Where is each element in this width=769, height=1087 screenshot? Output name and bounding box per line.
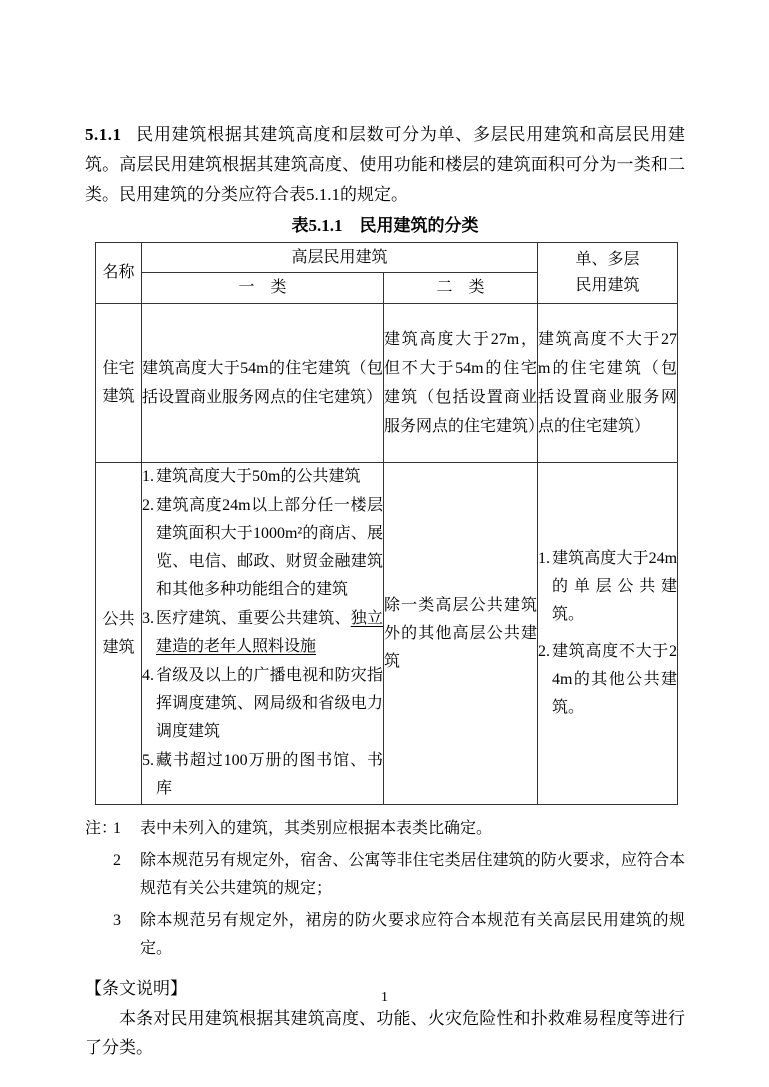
- note-text: 除本规范另有规定外，宿舍、公寓等非住宅类居住建筑的防火要求，应符合本规范有关公共…: [140, 847, 685, 903]
- document-page: 5.1.1民用建筑根据其建筑高度和层数可分为单、多层民用建筑和高层民用建筑。高层…: [0, 0, 769, 1087]
- intro-text: 民用建筑根据其建筑高度和层数可分为单、多层民用建筑和高层民用建筑。高层民用建筑根…: [85, 125, 685, 204]
- intro-paragraph: 5.1.1民用建筑根据其建筑高度和层数可分为单、多层民用建筑和高层民用建筑。高层…: [85, 120, 685, 210]
- item-number: 1.: [142, 463, 156, 491]
- residential-class2-cell: 建筑高度大于27m，但不大于54m的住宅建筑（包括设置商业服务网点的住宅建筑）: [384, 304, 538, 463]
- list-item: 1.建筑高度大于50m的公共建筑: [142, 463, 383, 491]
- header-highrise: 高层民用建筑: [142, 243, 538, 273]
- residential-single-multi-cell: 建筑高度不大于27m的住宅建筑（包括设置商业服务网点的住宅建筑）: [538, 304, 678, 463]
- note-item: 1表中未列入的建筑，其类别应根据本表类比确定。: [113, 815, 685, 843]
- item-text: 建筑高度不大于24m的其他公共建筑。: [552, 638, 677, 722]
- note-number: 1: [113, 815, 140, 843]
- item-text: 藏书超过100万册的图书馆、书库: [156, 747, 383, 803]
- header-single-multi-line2: 民用建筑: [538, 273, 677, 299]
- note-text: 表中未列入的建筑，其类别应根据本表类比确定。: [140, 815, 685, 843]
- item-text-normal: 医疗建筑、重要公共建筑、: [156, 610, 351, 627]
- public-single-multi-cell: 1.建筑高度大于24m的单层公共建筑。 2.建筑高度不大于24m的其他公共建筑。: [538, 463, 678, 805]
- notes-items: 1表中未列入的建筑，其类别应根据本表类比确定。 2除本规范另有规定外，宿舍、公寓…: [113, 815, 685, 967]
- classification-table: 名称 高层民用建筑 单、多层 民用建筑 一 类 二 类 住宅建筑 建筑高度大于5…: [95, 242, 678, 805]
- item-number: 5.: [142, 747, 156, 803]
- page-number: 1: [0, 988, 769, 1008]
- notes-label: 注：: [85, 815, 113, 967]
- table-title: 表5.1.1 民用建筑的分类: [85, 212, 685, 240]
- list-item: 4.省级及以上的广播电视和防灾指挥调度建筑、网局级和省级电力调度建筑: [142, 662, 383, 746]
- item-text: 建筑高度24m以上部分任一楼层建筑面积大于1000m²的商店、展览、电信、邮政、…: [156, 492, 383, 604]
- row-name-residential: 住宅建筑: [96, 304, 142, 463]
- residential-class1-cell: 建筑高度大于54m的住宅建筑（包括设置商业服务网点的住宅建筑）: [142, 304, 384, 463]
- list-item: 1.建筑高度大于24m的单层公共建筑。: [538, 545, 677, 629]
- item-text: 医疗建筑、重要公共建筑、独立建造的老年人照料设施: [156, 605, 383, 661]
- item-number: 2.: [142, 492, 156, 604]
- note-number: 2: [113, 847, 140, 903]
- note-number: 3: [113, 907, 140, 963]
- header-single-multi: 单、多层 民用建筑: [538, 243, 678, 304]
- header-class1: 一 类: [142, 273, 384, 304]
- note-item: 3除本规范另有规定外，裙房的防火要求应符合本规范有关高层民用建筑的规定。: [113, 907, 685, 963]
- item-text: 建筑高度大于50m的公共建筑: [156, 463, 383, 491]
- public-row: 公共建筑 1.建筑高度大于50m的公共建筑 2.建筑高度24m以上部分任一楼层建…: [96, 463, 678, 805]
- note-item: 2除本规范另有规定外，宿舍、公寓等非住宅类居住建筑的防火要求，应符合本规范有关公…: [113, 847, 685, 903]
- header-name: 名称: [96, 243, 142, 304]
- item-number: 3.: [142, 605, 156, 661]
- row-name-public: 公共建筑: [96, 463, 142, 805]
- list-item: 3.医疗建筑、重要公共建筑、独立建造的老年人照料设施: [142, 605, 383, 661]
- clause-number: 5.1.1: [85, 125, 122, 144]
- list-item: 2.建筑高度24m以上部分任一楼层建筑面积大于1000m²的商店、展览、电信、邮…: [142, 492, 383, 604]
- header-class2: 二 类: [384, 273, 538, 304]
- item-number: 2.: [538, 638, 552, 722]
- public-class2-cell: 除一类高层公共建筑外的其他高层公共建筑: [384, 463, 538, 805]
- list-item: 5.藏书超过100万册的图书馆、书库: [142, 747, 383, 803]
- item-number: 1.: [538, 545, 552, 629]
- item-number: 4.: [142, 662, 156, 746]
- commentary-text: 本条对民用建筑根据其建筑高度、功能、火灾危险性和扑救难易程度等进行了分类。: [85, 1004, 685, 1062]
- note-text: 除本规范另有规定外，裙房的防火要求应符合本规范有关高层民用建筑的规定。: [140, 907, 685, 963]
- table-notes: 注： 1表中未列入的建筑，其类别应根据本表类比确定。 2除本规范另有规定外，宿舍…: [85, 815, 685, 967]
- table-header-row-1: 名称 高层民用建筑 单、多层 民用建筑: [96, 243, 678, 273]
- item-text: 建筑高度大于24m的单层公共建筑。: [552, 545, 677, 629]
- header-single-multi-line1: 单、多层: [538, 247, 677, 273]
- residential-row: 住宅建筑 建筑高度大于54m的住宅建筑（包括设置商业服务网点的住宅建筑） 建筑高…: [96, 304, 678, 463]
- item-text: 省级及以上的广播电视和防灾指挥调度建筑、网局级和省级电力调度建筑: [156, 662, 383, 746]
- list-item: 2.建筑高度不大于24m的其他公共建筑。: [538, 638, 677, 722]
- public-class1-cell: 1.建筑高度大于50m的公共建筑 2.建筑高度24m以上部分任一楼层建筑面积大于…: [142, 463, 384, 805]
